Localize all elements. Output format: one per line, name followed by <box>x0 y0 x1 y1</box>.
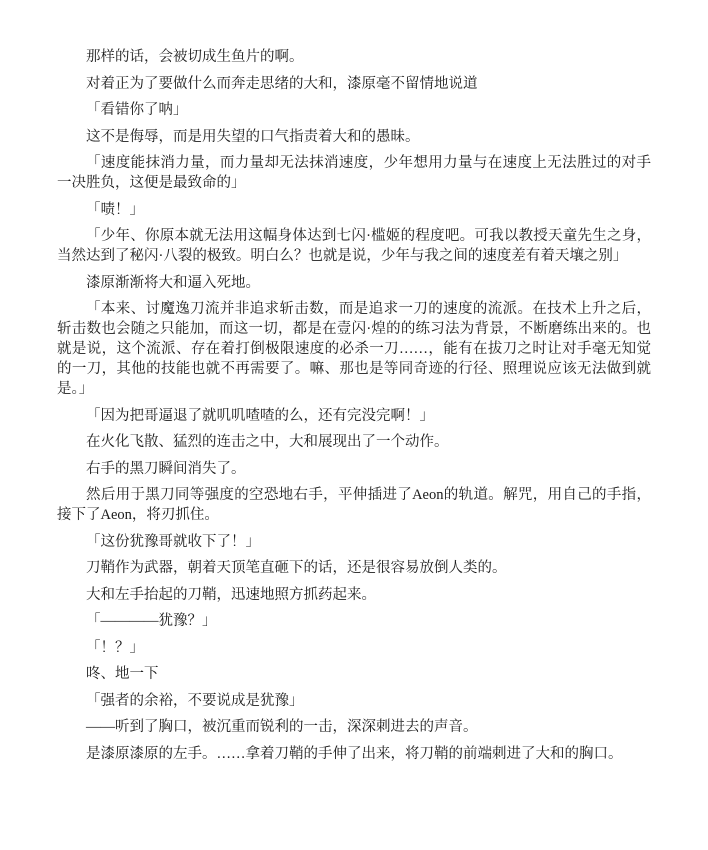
paragraph: 漆原渐渐将大和逼入死地。 <box>57 273 651 293</box>
paragraph-dialogue: 「！？」 <box>57 638 651 658</box>
paragraph: 是漆原漆原的左手。……拿着刀鞘的手伸了出来，将刀鞘的前端刺进了大和的胸口。 <box>57 744 651 764</box>
paragraph-dialogue: 「看错你了呐」 <box>57 100 651 120</box>
paragraph: 这不是侮辱，而是用失望的口气指责着大和的愚昧。 <box>57 127 651 147</box>
document-page: 那样的话，会被切成生鱼片的啊。 对着正为了要做什么而奔走思绪的大和，漆原毫不留情… <box>0 0 708 850</box>
paragraph: 那样的话，会被切成生鱼片的啊。 <box>57 47 651 67</box>
paragraph-dialogue: 「因为把哥逼退了就叽叽喳喳的么，还有完没完啊！」 <box>57 406 651 426</box>
paragraph: 右手的黑刀瞬间消失了。 <box>57 459 651 479</box>
paragraph-dialogue: 「这份犹豫哥就收下了！」 <box>57 532 651 552</box>
paragraph-dialogue: 「强者的余裕，不要说成是犹豫」 <box>57 691 651 711</box>
paragraph: 刀鞘作为武器，朝着天顶笔直砸下的话，还是很容易放倒人类的。 <box>57 558 651 578</box>
paragraph: 在火化飞散、猛烈的连击之中，大和展现出了一个动作。 <box>57 432 651 452</box>
paragraph-dialogue: 「本来、讨魔逸刀流并非追求斩击数，而是追求一刀的速度的流派。在技术上升之后，斩击… <box>57 299 651 399</box>
document-body: { "document": { "type": "novel-text-page… <box>0 0 708 850</box>
paragraph: 咚、地一下 <box>57 664 651 684</box>
paragraph: 大和左手抬起的刀鞘，迅速地照方抓药起来。 <box>57 585 651 605</box>
paragraph: 对着正为了要做什么而奔走思绪的大和，漆原毫不留情地说道 <box>57 74 651 94</box>
paragraph: 然后用于黑刀同等强度的空恐地右手，平伸插进了Aeon的轨道。解咒，用自己的手指，… <box>57 485 651 525</box>
paragraph-dialogue: 「————犹豫？」 <box>57 611 651 631</box>
paragraph-dialogue: 「速度能抹消力量，而力量却无法抹消速度，少年想用力量与在速度上无法胜过的对手一决… <box>57 153 651 193</box>
paragraph: ——听到了胸口，被沉重而锐利的一击，深深刺进去的声音。 <box>57 717 651 737</box>
paragraph-dialogue: 「少年、你原本就无法用这幅身体达到七闪·槛姬的程度吧。可我以教授天童先生之身，当… <box>57 226 651 266</box>
paragraph-dialogue: 「啧！」 <box>57 200 651 220</box>
